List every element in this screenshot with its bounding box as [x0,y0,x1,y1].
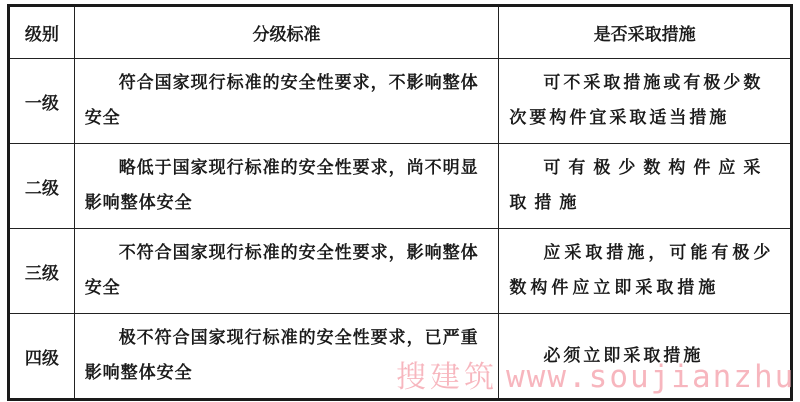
cell-measures: 应采取措施，可能有极少数构件应立即采取措施 [499,236,790,306]
header-standard: 分级标准 [74,6,499,59]
cell-measures: 可不采取措施或有极少数次要构件宜采取适当措施 [499,66,790,136]
cell-level: 三级 [9,229,75,314]
safety-grade-table: 级别 分级标准 是否采取措施 一级 符合国家现行标准的安全性要求，不影响整体安全… [7,4,793,401]
table-header-row: 级别 分级标准 是否采取措施 [9,6,792,59]
cell-standard: 略低于国家现行标准的安全性要求，尚不明显影响整体安全 [75,151,499,221]
watermark-text: 搜建筑 [396,360,498,395]
cell-standard: 不符合国家现行标准的安全性要求，影响整体安全 [75,236,499,306]
table-row: 三级 不符合国家现行标准的安全性要求，影响整体安全 应采取措施，可能有极少数构件… [9,229,792,314]
cell-level: 一级 [9,59,75,144]
cell-level: 四级 [9,314,75,400]
table-row: 二级 略低于国家现行标准的安全性要求，尚不明显影响整体安全 可有极少数构件应采取… [9,144,792,229]
cell-measures: 可有极少数构件应采取措施 [499,151,790,221]
header-level: 级别 [9,6,75,59]
watermark-url: www.soujianzhu.cn [506,359,800,395]
cell-standard: 符合国家现行标准的安全性要求，不影响整体安全 [75,66,499,136]
table-row: 一级 符合国家现行标准的安全性要求，不影响整体安全 可不采取措施或有极少数次要构… [9,59,792,144]
cell-level: 二级 [9,144,75,229]
header-measures: 是否采取措施 [499,6,792,59]
watermark: 搜建筑www.soujianzhu.cn [396,352,800,396]
